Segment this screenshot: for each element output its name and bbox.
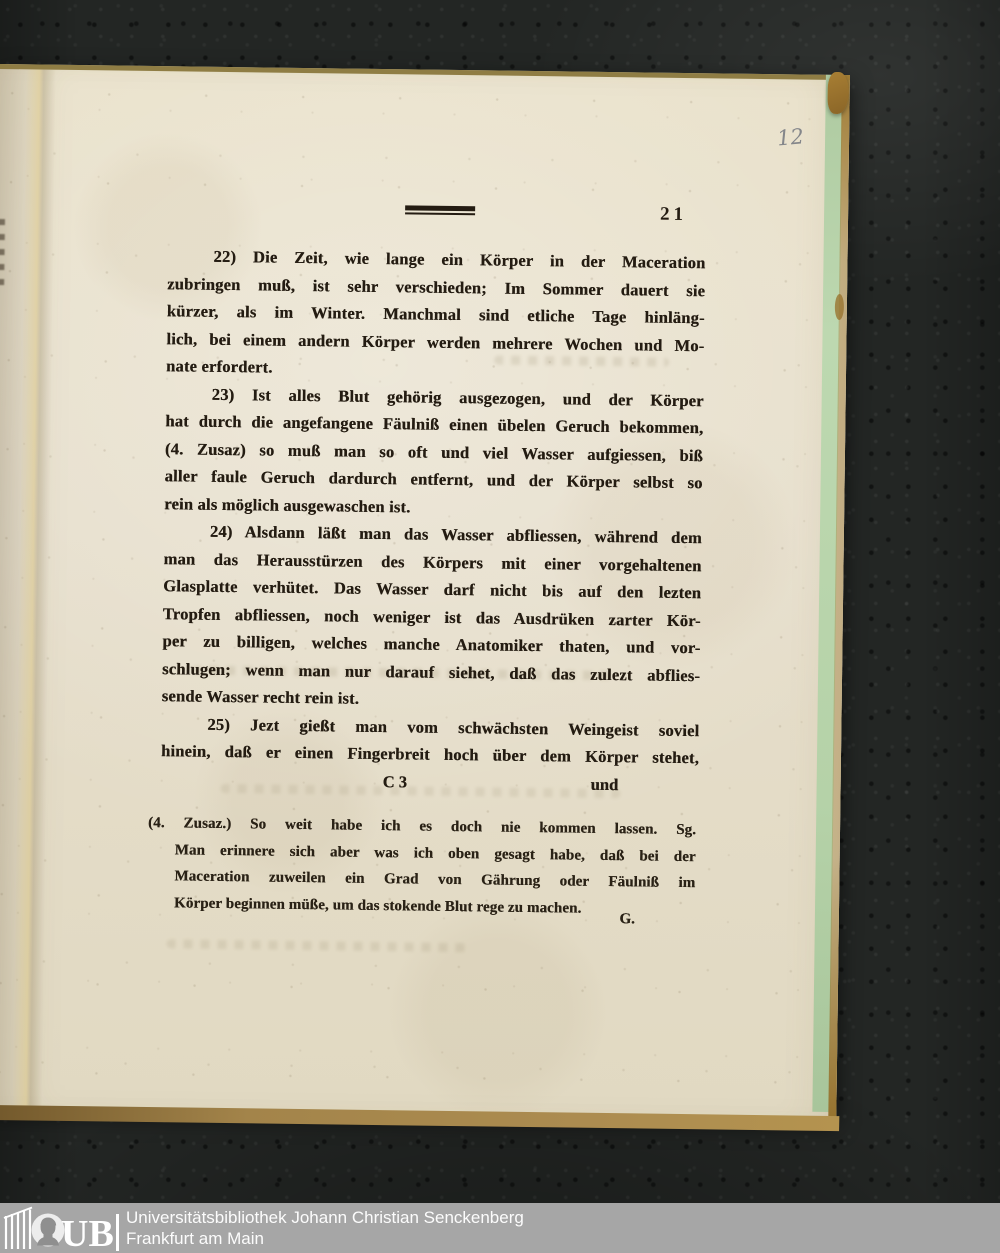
handwritten-pencil-number: 12 bbox=[776, 124, 805, 150]
divider-thin-rule bbox=[405, 212, 475, 215]
body-text: 22) Die Zeit, wie lange ein Körper in de… bbox=[161, 242, 706, 771]
signature-mark: C 3 bbox=[382, 768, 407, 796]
catchword: und bbox=[590, 771, 618, 799]
library-name-block: Universitätsbibliothek Johann Christian … bbox=[126, 1207, 524, 1249]
show-through-ghost bbox=[166, 939, 466, 952]
divider-thick-rule bbox=[405, 205, 475, 211]
scanned-book-page: 12 21 22) Die Zeit, wie lange ein Körper… bbox=[0, 64, 850, 1118]
library-footer-bar: UB Universitätsbibliothek Johann Christi… bbox=[0, 1203, 1000, 1253]
logo-divider-bar bbox=[116, 1214, 119, 1251]
gutter-fold bbox=[12, 69, 56, 1107]
book-pages-icon bbox=[4, 1208, 32, 1250]
section-divider-rule bbox=[405, 205, 475, 215]
goethe-portrait-medallion bbox=[32, 1214, 65, 1247]
neighbor-page-print-fragment bbox=[0, 219, 5, 293]
page-number: 21 bbox=[660, 204, 687, 226]
library-location: Frankfurt am Main bbox=[126, 1228, 524, 1249]
library-institution: Universitätsbibliothek Johann Christian … bbox=[126, 1207, 524, 1228]
signature-line: C 3 und bbox=[160, 765, 698, 800]
ub-library-logo: UB bbox=[3, 1205, 123, 1252]
logo-ub-text: UB bbox=[61, 1213, 114, 1252]
